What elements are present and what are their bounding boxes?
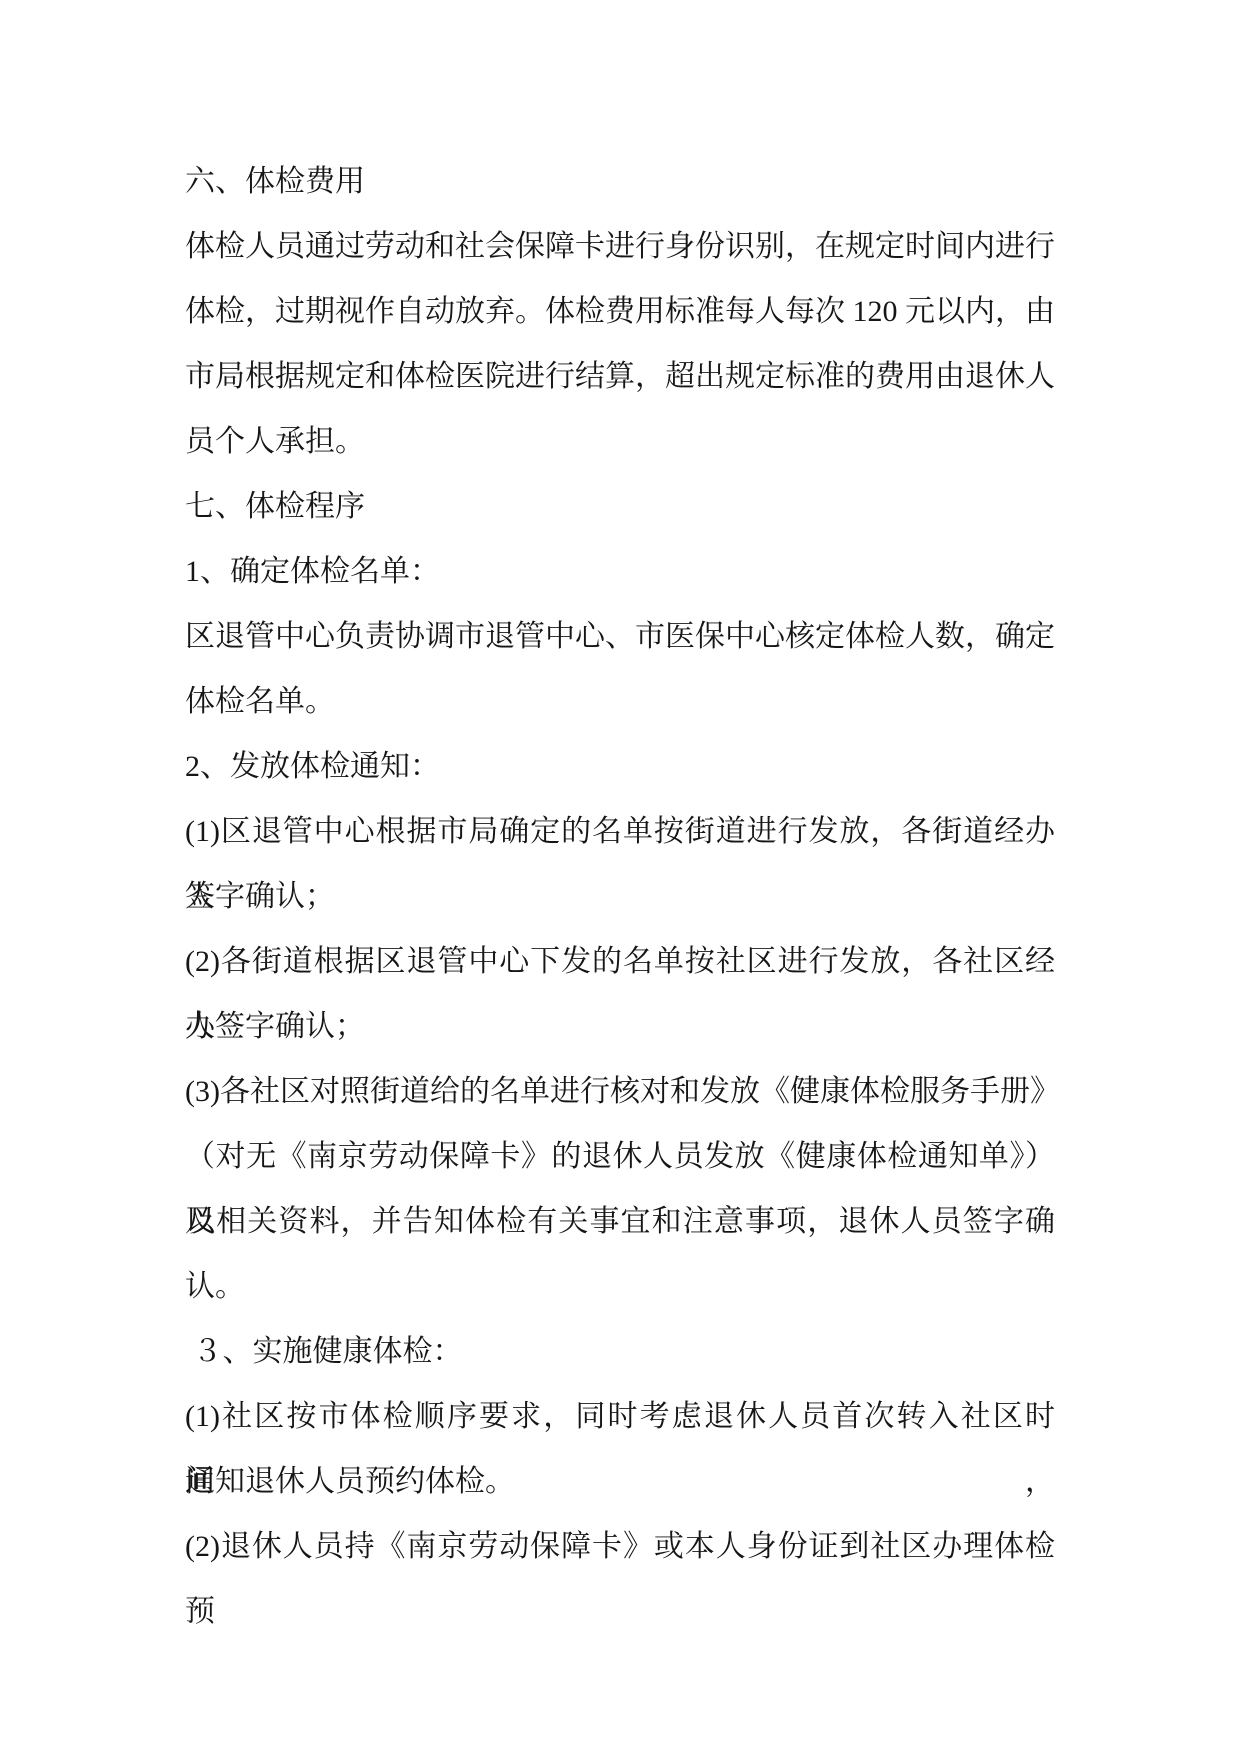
text-line: 员个人承担。 [185,409,1055,474]
text-line: 1、确定体检名单： [185,539,1055,604]
text-line: 及相关资料，并告知体检有关事宜和注意事项，退休人员签字确 [185,1189,1055,1254]
paragraph: (3)各社区对照街道给的名单进行核对和发放《健康体检服务手册》（对无《南京劳动保… [185,1059,1055,1319]
section-heading: 六、体检费用 [185,149,1055,214]
text-line: 体检，过期视作自动放弃。体检费用标准每人每次 120 元以内，由 [185,279,1055,344]
section-heading: 1、确定体检名单： [185,539,1055,604]
section-heading: 七、体检程序 [185,474,1055,539]
text-line: (1)社区按市体检顺序要求，同时考虑退休人员首次转入社区时间， [185,1384,1055,1449]
text-line: 体检名单。 [185,669,1055,734]
text-line: 签字确认； [185,864,1055,929]
text-line: (2)各街道根据区退管中心下发的名单按社区进行发放，各社区经办 [185,929,1055,994]
text-line: 体检人员通过劳动和社会保障卡进行身份识别，在规定时间内进行 [185,214,1055,279]
document-page: 六、体检费用体检人员通过劳动和社会保障卡进行身份识别，在规定时间内进行体检，过期… [0,0,1240,1753]
section-heading: ３、实施健康体检： [185,1319,1055,1384]
text-line: (3)各社区对照街道给的名单进行核对和发放《健康体检服务手册》 [185,1059,1055,1124]
text-line: 六、体检费用 [185,149,1055,214]
paragraph: (2)各街道根据区退管中心下发的名单按社区进行发放，各社区经办人签字确认； [185,929,1055,1059]
paragraph: (2)退休人员持《南京劳动保障卡》或本人身份证到社区办理体检预 [185,1514,1055,1579]
paragraph: (1)区退管中心根据市局确定的名单按街道进行发放，各街道经办人签字确认； [185,799,1055,929]
text-line: 七、体检程序 [185,474,1055,539]
text-line: 人签字确认； [185,994,1055,1059]
text-line: ３、实施健康体检： [185,1319,1055,1384]
text-line: (1)区退管中心根据市局确定的名单按街道进行发放，各街道经办人 [185,799,1055,864]
paragraph: (1)社区按市体检顺序要求，同时考虑退休人员首次转入社区时间，通知退休人员预约体… [185,1384,1055,1514]
text-line: （对无《南京劳动保障卡》的退休人员发放《健康体检通知单》）以 [185,1124,1055,1189]
text-line: 2、发放体检通知： [185,734,1055,799]
paragraph: 区退管中心负责协调市退管中心、市医保中心核定体检人数，确定体检名单。 [185,604,1055,734]
text-line: 市局根据规定和体检医院进行结算，超出规定标准的费用由退休人 [185,344,1055,409]
text-line: 区退管中心负责协调市退管中心、市医保中心核定体检人数，确定 [185,604,1055,669]
section-heading: 2、发放体检通知： [185,734,1055,799]
text-line: 认。 [185,1254,1055,1319]
paragraph: 体检人员通过劳动和社会保障卡进行身份识别，在规定时间内进行体检，过期视作自动放弃… [185,214,1055,474]
text-line: (2)退休人员持《南京劳动保障卡》或本人身份证到社区办理体检预 [185,1514,1055,1579]
